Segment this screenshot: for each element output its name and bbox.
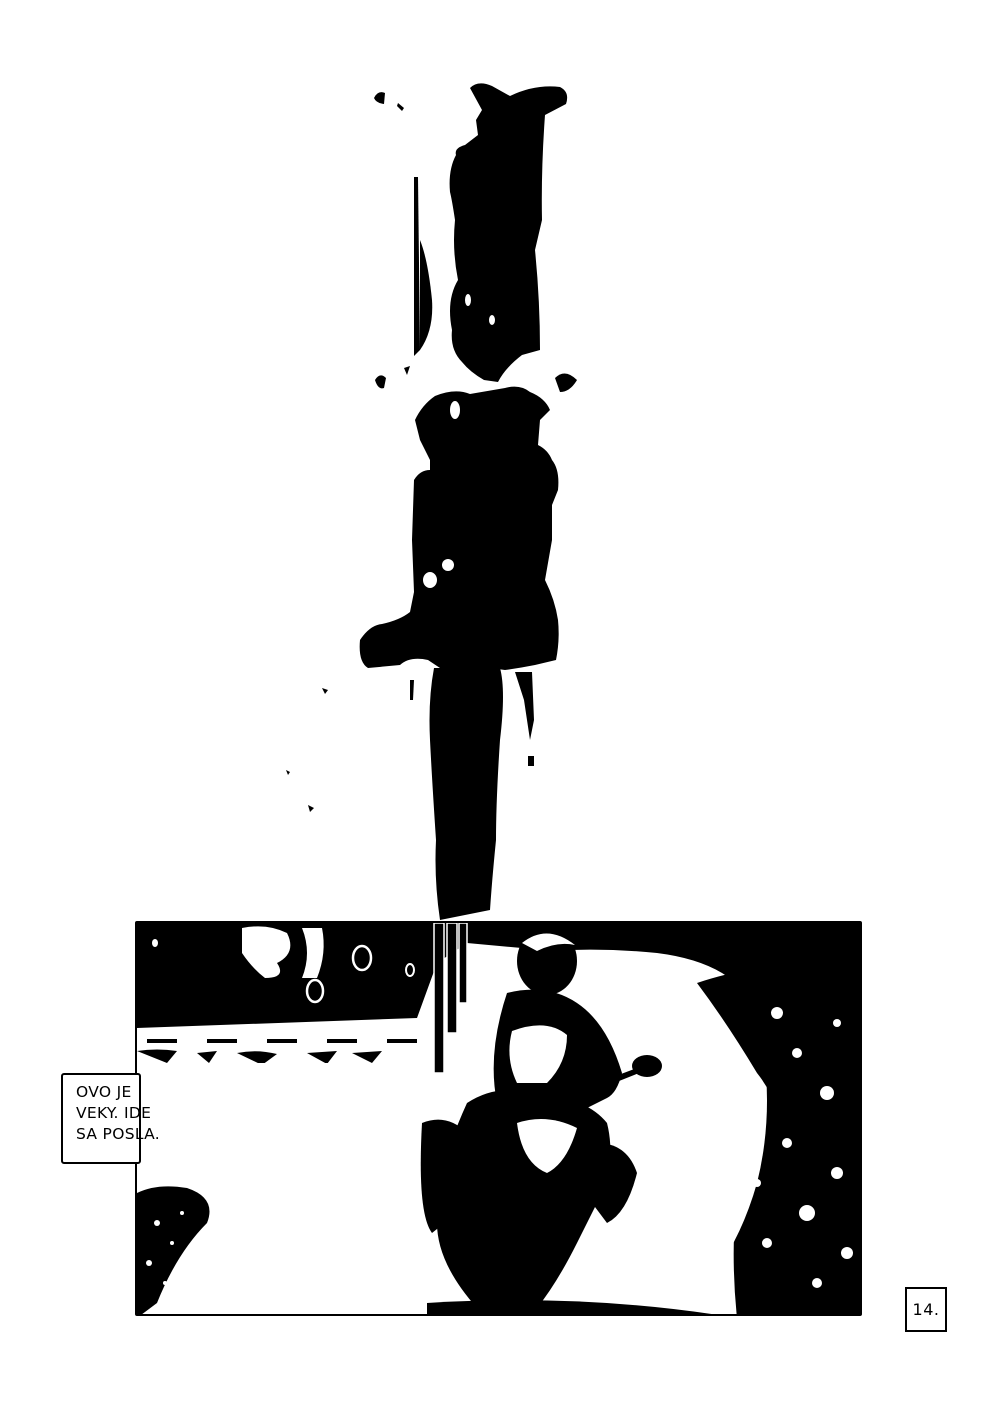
page-number: 14. xyxy=(905,1287,947,1332)
caption-line: VEKY. IDE xyxy=(76,1103,196,1124)
comic-page: OVO JE VEKY. IDE SA POSLA. 14. xyxy=(0,0,1000,1415)
comic-panel-motorcycle xyxy=(135,921,862,1316)
motorcycle-rider-artwork xyxy=(137,923,862,1316)
caption-line: OVO JE xyxy=(76,1082,196,1103)
caption-line: SA POSLA. xyxy=(76,1124,196,1145)
caption-text: OVO JE VEKY. IDE SA POSLA. xyxy=(76,1082,196,1145)
